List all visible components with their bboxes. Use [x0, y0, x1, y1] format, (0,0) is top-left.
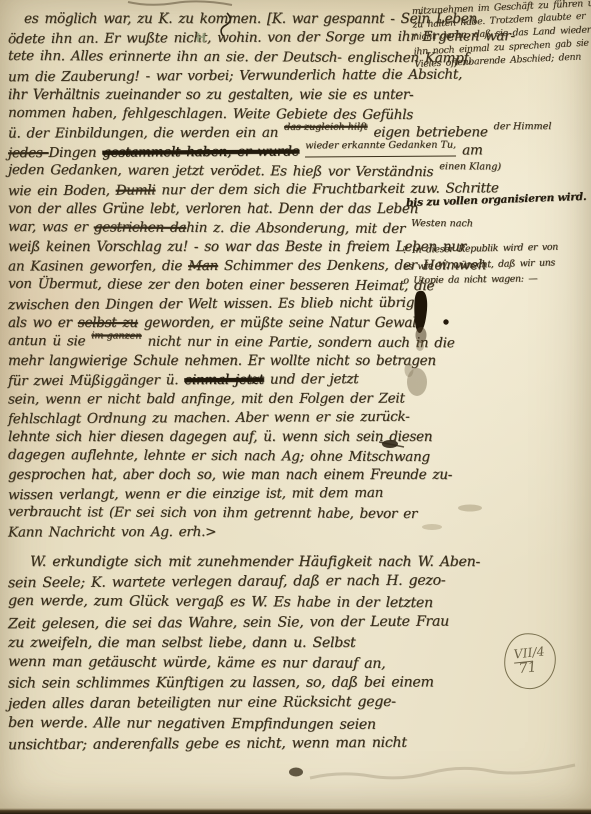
struck-through-text: einmal jetzt	[184, 372, 264, 388]
handwritten-text: ü. der Einbildungen, die werden ein an	[8, 125, 284, 142]
handwritten-line: war, was er gestrichen dahin z. die Abso…	[8, 218, 418, 239]
interlinear-insert-text: der Himmel	[494, 117, 552, 136]
handwritten-text: gen werde, zum Glück vergaß es W. Es hab…	[8, 593, 433, 611]
handwritten-line: jeden Gedanken, waren jetzt verödet. Es …	[8, 161, 418, 182]
margin-note-top-right: mitzunehmen im Geschäft zu führen u.zu h…	[412, 0, 591, 71]
handwritten-text: es möglich war, zu K. zu kommen. [K. war…	[24, 11, 477, 27]
handwritten-line: zu zweifeln, die man selbst liebe, dann …	[8, 633, 418, 653]
handwritten-text: von der alles Grüne lebt, verloren hat. …	[8, 201, 418, 217]
handwritten-text: W. erkundigte sich mit zunehmender Häufi…	[30, 554, 480, 570]
handwritten-text: und der jetzt	[264, 371, 359, 388]
handwritten-text: als wo er	[8, 315, 78, 331]
handwritten-line: von der alles Grüne lebt, verloren hat. …	[8, 200, 418, 219]
handwritten-text: verbraucht ist (Er sei sich von ihm getr…	[8, 504, 417, 522]
handwritten-text: wissen verlangt, wenn er die einzige ist…	[8, 485, 383, 503]
handwritten-text: Dingen	[48, 145, 102, 161]
handwritten-text: fehlschlagt Ordnung zu machen. Aber wenn…	[8, 409, 410, 427]
handwritten-line: für zwei Müßiggänger ü. einmal jetzt und…	[8, 370, 418, 392]
manuscript-page: es möglich war, zu K. zu kommen. [K. war…	[0, 0, 591, 814]
handwritten-text: sich sein schlimmes Künftigen zu lassen,…	[8, 675, 434, 692]
handwritten-line: unsichtbar; anderenfalls gebe es nicht, …	[8, 732, 418, 755]
handwritten-text: geworden, er müßte seine Natur Gewalt	[138, 315, 422, 331]
handwritten-line: ödete ihn an. Er wußte nicht, wohin. von…	[8, 28, 418, 50]
handwritten-text: hin z. die Absonderung, mit der	[186, 220, 411, 237]
handwritten-text: Kann Nachricht von Ag. erh.>	[8, 524, 216, 541]
handwritten-text: sein Seele; K. wartete verlegen darauf, …	[8, 573, 445, 592]
handwritten-text: ben werde. Alle nur negativen Empfindung…	[8, 714, 376, 732]
handwritten-line: von Übermut, diese zer den boten einer b…	[8, 275, 418, 296]
handwritten-text: jeden Gedanken, waren jetzt verödet. Es …	[8, 162, 439, 180]
handwritten-line: W. erkundigte sich mit zunehmender Häufi…	[8, 552, 418, 572]
handwritten-line: als wo er selbst zu geworden, er müßte s…	[8, 314, 418, 333]
handwritten-line: Zeit gelesen, die sei das Wahre, sein Si…	[8, 611, 418, 634]
handwritten-line: um die Zauberung! - war vorbei; Verwunde…	[8, 66, 418, 88]
bleed-blot	[289, 768, 303, 777]
struck-through-text: Dumli	[116, 182, 156, 198]
handwritten-line: zwischen den Dingen der Welt wissen. Es …	[8, 294, 418, 316]
cut-stroke-top	[128, 1, 232, 5]
handwritten-line: wie ein Boden, Dumli nur der dem sich di…	[8, 180, 418, 202]
faint-smudge-1	[458, 505, 482, 512]
handwritten-line: ihr Verhältnis zueinander so zu gestalte…	[8, 86, 418, 105]
handwritten-text: mehr langwierige Schule nehmen. Er wollt…	[8, 353, 436, 369]
stamp-top-number: 4	[536, 643, 545, 659]
archive-stamp-fraction: VII/4	[513, 644, 545, 660]
handwritten-text: am	[456, 142, 483, 158]
handwritten-line: verbraucht ist (Er sei sich von ihm getr…	[8, 503, 418, 524]
handwritten-text: o Utopie da nicht wagen: —	[403, 273, 537, 286]
handwritten-text: dagegen auflehnte, lehnte er sich nach A…	[8, 447, 430, 465]
handwritten-text: zwischen den Dingen der Welt wissen. Es …	[8, 295, 418, 314]
handwritten-text: gesprochen hat, aber doch so, wie man na…	[8, 467, 452, 483]
handwritten-line: weiß keinen Vorschlag zu! - so war das B…	[8, 238, 418, 257]
stamp-bottom-number: 71	[518, 660, 537, 677]
handwritten-text: zu zweifeln, die man selbst liebe, dann …	[8, 635, 355, 651]
handwritten-text: sein, wenn er nicht bald anfinge, mit de…	[8, 390, 405, 407]
handwritten-line: mehr langwierige Schule nehmen. Er wollt…	[8, 352, 418, 371]
handwritten-text: weiß keinen Vorschlag zu! - so war das B…	[8, 239, 466, 255]
handwritten-text: antun ü sie	[8, 333, 91, 349]
handwritten-line: dagegen auflehnte, lehnte er sich nach A…	[8, 446, 418, 467]
interlinear-insert-text: wieder erkannte Gedanken Tu,	[305, 136, 456, 157]
handwritten-line: antun ü sie im ganzen nicht nur in eine …	[8, 332, 418, 353]
handwritten-line: ben werde. Alle nur negativen Empfindung…	[8, 712, 418, 734]
handwritten-line: es möglich war, zu K. zu kommen. [K. war…	[8, 10, 418, 29]
handwritten-line: jeden alles daran beteiligten nur eine R…	[8, 692, 418, 715]
struck-through-text: Man	[188, 258, 218, 274]
handwritten-text: es wie W. wünscht, daß wir uns	[403, 257, 555, 272]
handwritten-text: wenn man getäuscht würde, käme es nur da…	[8, 654, 385, 672]
handwritten-line: tete ihn. Alles erinnerte ihn an sie. de…	[8, 47, 418, 68]
handwritten-line: gen werde, zum Glück vergaß es W. Es hab…	[8, 591, 418, 613]
handwritten-line: wenn man getäuscht würde, käme es nur da…	[8, 652, 418, 674]
scan-edge-bottom	[0, 808, 591, 814]
ink-dot	[443, 319, 448, 324]
handwritten-text: für zwei Müßiggänger ü.	[8, 372, 184, 389]
handwritten-text: ihr Verhältnis zueinander so zu gestalte…	[8, 87, 413, 103]
handwritten-line: an Kasinen geworfen, die Man Schimmer de…	[8, 256, 418, 276]
struck-through-text: jedes	[8, 145, 49, 161]
bleed-through-writing	[310, 765, 575, 778]
archive-stamp: VII/4 71	[501, 630, 559, 691]
handwritten-text: war, was er	[8, 219, 94, 235]
handwritten-text: um die Zauberung! - war vorbei; Verwunde…	[8, 66, 462, 85]
handwritten-line: wissen verlangt, wenn er die einzige ist…	[8, 484, 418, 506]
editorial-h-mark: H	[196, 31, 206, 45]
interlinear-insert-text: einen Klang)	[439, 157, 501, 176]
handwritten-line: o Utopie da nicht wagen: —	[403, 271, 585, 289]
handwritten-text: tete ihn. Alles erinnerte ihn an sie. de…	[8, 48, 472, 66]
struck-through-text: gestammelt haben, er wurde	[102, 143, 299, 160]
handwritten-line: fehlschlagt Ordnung zu machen. Aber wenn…	[8, 408, 418, 430]
interlinear-insert-text: Westen nach	[411, 214, 473, 233]
main-text-paragraph-1: es möglich war, zu K. zu kommen. [K. war…	[8, 10, 418, 542]
handwritten-line: gesprochen hat, aber doch so, wie man na…	[8, 466, 418, 485]
margin-note-pencil: ? In dieser Republik wird er vones wie W…	[403, 239, 586, 289]
interlinear-insert-text: das zugleich hilft	[284, 118, 367, 137]
handwritten-text: lehnte sich hier diesen dagegen auf, ü. …	[8, 429, 432, 445]
handwritten-text: unsichtbar; anderenfalls gebe es nicht, …	[8, 735, 407, 753]
handwritten-text: von Übermut, diese zer den boten einer b…	[8, 276, 434, 294]
handwritten-text: ? In dieser Republik wird er von	[403, 242, 558, 256]
handwritten-text: jeden alles daran beteiligten nur eine R…	[8, 694, 396, 712]
handwritten-line: lehnte sich hier diesen dagegen auf, ü. …	[8, 428, 418, 447]
handwritten-line: sich sein schlimmes Künftigen zu lassen,…	[8, 673, 418, 694]
handwritten-text: Zeit gelesen, die sei das Wahre, sein Si…	[8, 613, 449, 632]
interlinear-insert-text: im ganzen	[91, 326, 141, 345]
handwritten-text: nicht nur in eine Partie, sondern auch i…	[141, 334, 454, 352]
handwritten-text: wie ein Boden,	[8, 183, 116, 200]
handwritten-line: Kann Nachricht von Ag. erh.>	[8, 522, 418, 542]
main-text-paragraph-2: W. erkundigte sich mit zunehmender Häufi…	[8, 552, 418, 754]
handwritten-text: an Kasinen geworfen, die	[8, 258, 188, 274]
faint-smudge-2	[422, 524, 442, 530]
handwritten-line: sein Seele; K. wartete verlegen darauf, …	[8, 571, 418, 594]
handwritten-line: sein, wenn er nicht bald anfinge, mit de…	[8, 389, 418, 409]
handwritten-line: jedes Dingen gestammelt haben, er wurde …	[8, 142, 418, 164]
struck-through-text: gestrichen da	[94, 219, 187, 235]
